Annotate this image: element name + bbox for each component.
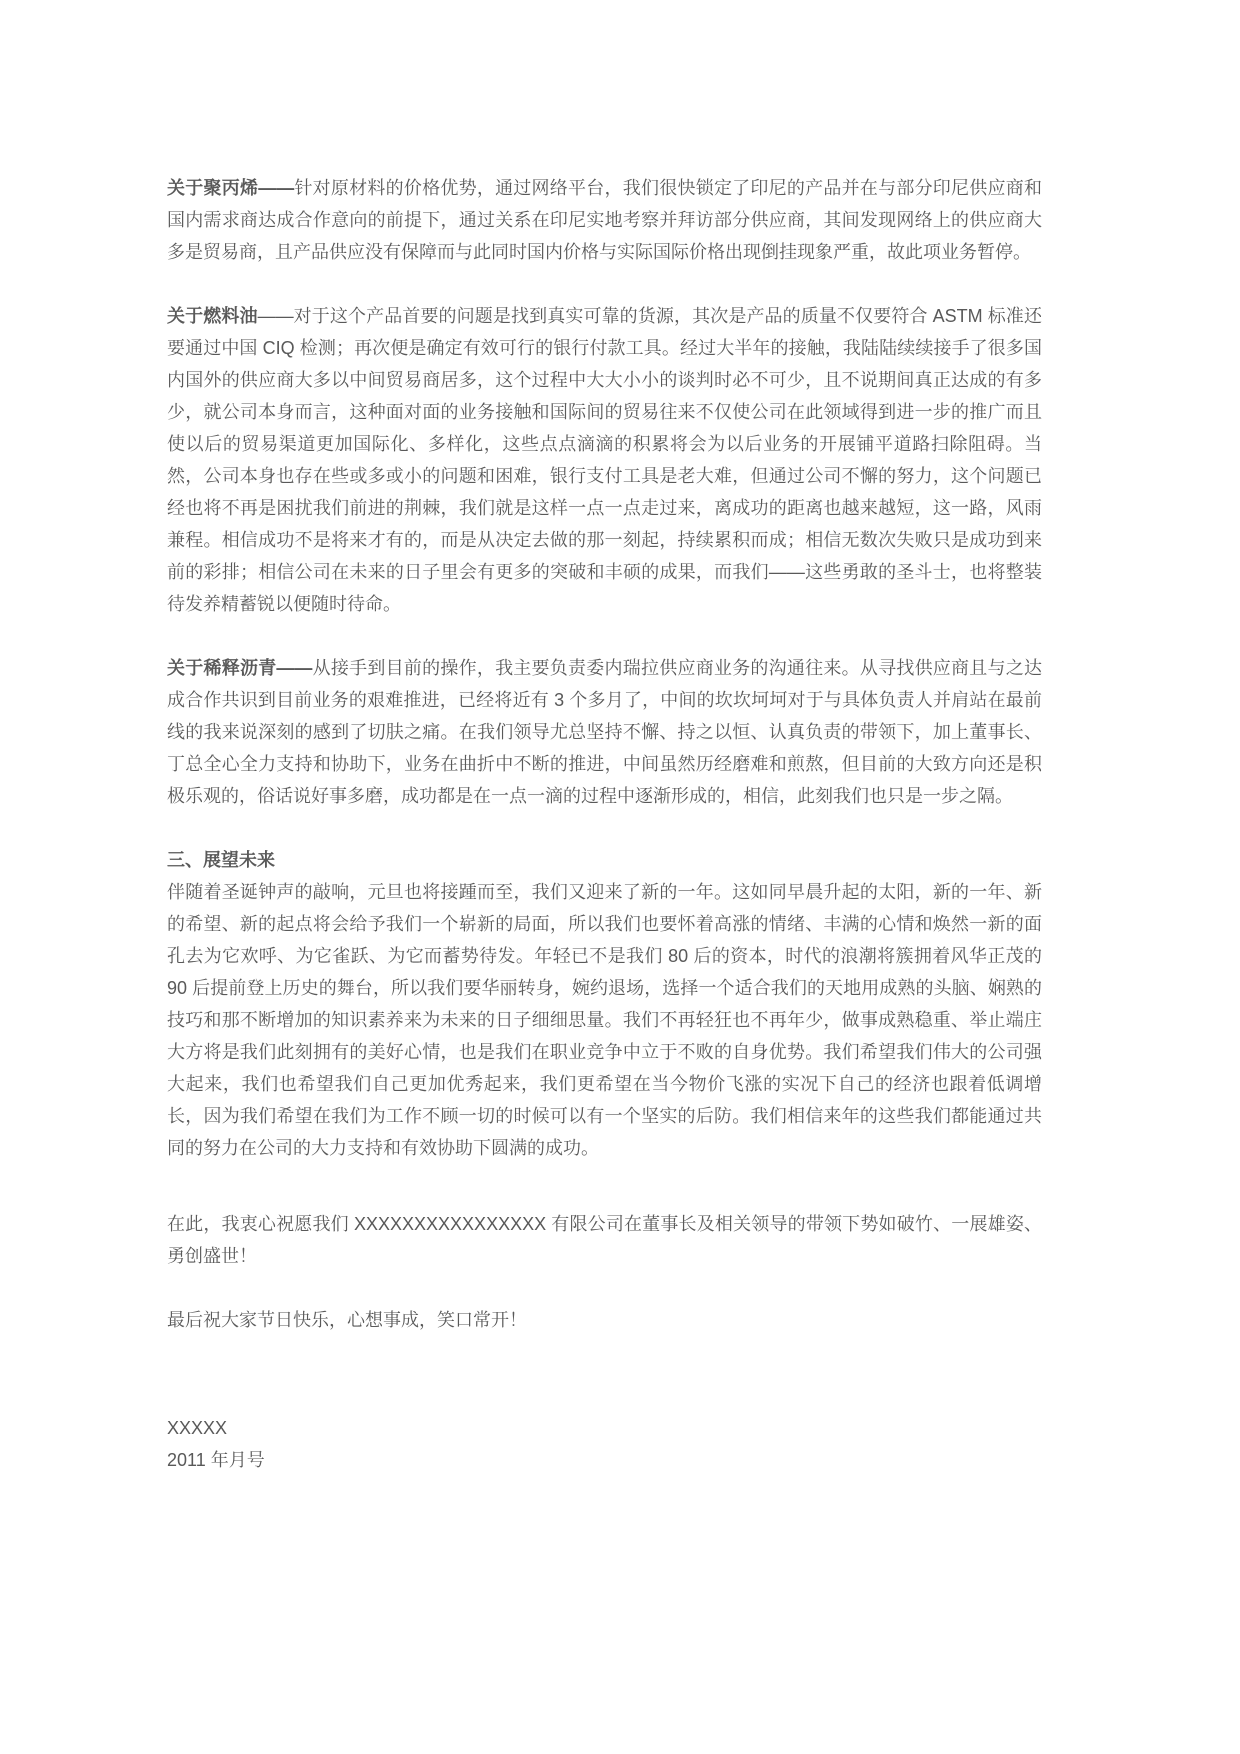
paragraph-polypropylene-lead: 关于聚丙烯—— xyxy=(167,178,294,198)
signature-date: 2011 年月号 xyxy=(167,1444,1042,1476)
signature-block: XXXXX 2011 年月号 xyxy=(167,1412,1042,1476)
paragraph-closing: 最后祝大家节日快乐，心想事成，笑口常开！ xyxy=(167,1304,1042,1336)
paragraph-outlook: 伴随着圣诞钟声的敲响，元旦也将接踵而至，我们又迎来了新的一年。这如同早晨升起的太… xyxy=(167,876,1042,1164)
paragraph-fuel-oil-lead: 关于燃料油 xyxy=(167,306,258,326)
paragraph-fuel-oil: 关于燃料油——对于这个产品首要的问题是找到真实可靠的货源，其次是产品的质量不仅要… xyxy=(167,300,1042,620)
paragraph-fuel-oil-body: ——对于这个产品首要的问题是找到真实可靠的货源，其次是产品的质量不仅要符合 AS… xyxy=(167,306,1042,614)
document-content: 关于聚丙烯——针对原材料的价格优势，通过网络平台，我们很快锁定了印尼的产品并在与… xyxy=(167,172,1042,1476)
paragraph-diluted-bitumen-lead: 关于稀释沥青—— xyxy=(167,658,312,678)
document-page: 关于聚丙烯——针对原材料的价格优势，通过网络平台，我们很快锁定了印尼的产品并在与… xyxy=(0,0,1240,1754)
paragraph-diluted-bitumen: 关于稀释沥青——从接手到目前的操作，我主要负责委内瑞拉供应商业务的沟通往来。从寻… xyxy=(167,652,1042,812)
paragraph-polypropylene: 关于聚丙烯——针对原材料的价格优势，通过网络平台，我们很快锁定了印尼的产品并在与… xyxy=(167,172,1042,268)
paragraph-polypropylene-body: 针对原材料的价格优势，通过网络平台，我们很快锁定了印尼的产品并在与部分印尼供应商… xyxy=(167,178,1042,262)
signature-name: XXXXX xyxy=(167,1412,1042,1444)
paragraph-diluted-bitumen-body: 从接手到目前的操作，我主要负责委内瑞拉供应商业务的沟通往来。从寻找供应商且与之达… xyxy=(167,658,1042,806)
paragraph-wish: 在此，我衷心祝愿我们 XXXXXXXXXXXXXXXX 有限公司在董事长及相关领… xyxy=(167,1208,1042,1272)
section-heading-outlook: 三、展望未来 xyxy=(167,844,1042,876)
